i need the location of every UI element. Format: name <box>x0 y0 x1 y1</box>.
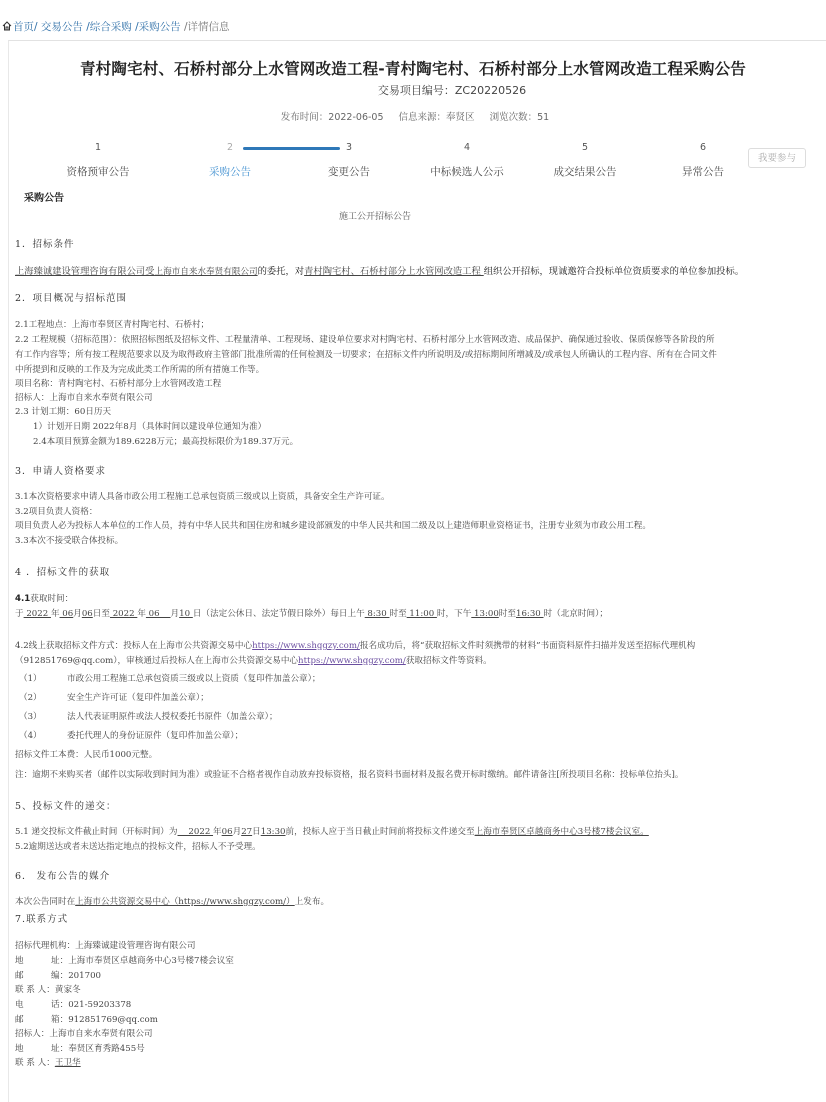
material-item: （3）法人代表证明原件或法人授权委托书原件（加盖公章）； <box>15 710 278 722</box>
step-label: 成交结果公告 <box>525 164 645 179</box>
date-value: 2022 <box>24 609 51 619</box>
s3-line-2: 3.2项目负责人资格： <box>15 505 97 517</box>
contact-label: 地 <box>15 954 51 966</box>
contact-label: 联 系 人： <box>15 985 55 995</box>
s3-line-4: 3.3本次不接受联合体投标。 <box>15 534 123 546</box>
text: 4.1 <box>15 594 30 604</box>
contact-label: 箱： <box>51 1015 68 1025</box>
s2-duration: 2.3 计划工期：60日历天 <box>15 405 111 417</box>
publish-time: 发布时间：2022-06-05 <box>281 112 384 123</box>
item-number: （1） <box>15 672 67 684</box>
s3-line-3: 项目负责人必为投标人本单位的工作人员，持有中华人民共和国住房和城乡建设部颁发的中… <box>15 519 651 531</box>
s4-time-range: 于 2022 年 06月06日至 2022 年 06 月10 日（法定公休日、法… <box>15 607 608 619</box>
step-label: 异常公告 <box>643 164 763 179</box>
step-change-notice[interactable]: 3变更公告 <box>289 141 409 179</box>
breadcrumb-current: /详情信息 <box>181 21 230 33</box>
agency-name: 上海臻诚建设管理咨询有限公司受 <box>15 266 154 277</box>
step-number: 3 <box>289 141 409 155</box>
section-5-heading: 5、投标文件的递交： <box>15 798 117 812</box>
text: 本次公告同时在 <box>15 897 75 907</box>
s5-line-2: 5.2逾期送达或者未送达指定地点的投标文件，招标人不予受理。 <box>15 840 261 852</box>
text: 时（北京时间）； <box>544 609 608 619</box>
text: 月 <box>233 827 242 837</box>
material-item: （1）市政公用工程施工总承包资质三级或以上资质（复印件加盖公章）； <box>15 672 321 684</box>
s6-line: 本次公告同时在上海市公共资源交易中心（https://www.shggzy.co… <box>15 895 329 907</box>
step-number: 1 <box>38 141 158 155</box>
item-text: 法人代表证明原件或法人授权委托书原件（加盖公章）； <box>67 712 278 722</box>
text: 时，下午 <box>437 609 471 619</box>
step-candidate-publicity[interactable]: 4中标候选人公示 <box>407 141 527 179</box>
section-2-heading: 2．项目概况与招标范围 <box>15 290 127 304</box>
step-label: 资格预审公告 <box>38 164 158 179</box>
contact-label: 编： <box>51 971 68 981</box>
meta-info: 发布时间：2022-06-05 信息来源：奉贤区 浏览次数：51 <box>0 109 826 123</box>
item-number: （4） <box>15 729 67 741</box>
text: 年 <box>51 609 60 619</box>
submission-place: 上海市奉贤区卓越商务中心3号楼7楼会议室。 <box>475 827 649 837</box>
s3-line-1: 3.1本次资格要求申请人具备市政公用工程施工总承包资质三级或以上资质，具备安全生… <box>15 490 390 502</box>
text: 年 <box>213 827 222 837</box>
text: 4.2线上获取招标文件方式：投标人在上海市公共资源交易中心 <box>15 641 252 651</box>
contact-row: 联 系 人：王卫华 <box>15 1056 81 1068</box>
contact-label: 址： <box>51 1044 68 1054</box>
item-text: 安全生产许可证（复印件加盖公章）； <box>67 693 209 703</box>
shggzy-link[interactable]: https://www.shggzy.com/ <box>298 656 406 666</box>
date-value: 06 <box>82 609 93 619</box>
step-number: 6 <box>643 141 763 155</box>
time-value: 13:30 <box>261 827 286 837</box>
item-number: （2） <box>15 691 67 703</box>
s2-line-1: 2.1工程地点：上海市奉贤区青村陶宅村、石桥村； <box>15 318 209 330</box>
s2-project-name: 项目名称：青村陶宅村、石桥村部分上水管网改造工程 <box>15 377 221 389</box>
text: 获取招标文件等资料。 <box>406 656 492 666</box>
text: 年 <box>137 609 146 619</box>
contact-label: 址： <box>51 956 68 966</box>
project-number: 交易项目编号：ZC20220526 <box>0 82 826 98</box>
s2-line-2: 2.2 工程规模（招标范围）：依照招标图纸及招标文件、工程量清单、工程现场、建设… <box>15 333 715 345</box>
contact-agency: 招标代理机构：上海臻诚建设管理咨询有限公司 <box>15 939 195 951</box>
contact-label: 邮 <box>15 969 51 981</box>
section-7-heading: 7.联系方式 <box>15 911 68 925</box>
tenderer-link[interactable]: 上海市自来水奉贤有限公司 <box>154 267 257 277</box>
material-item: （2）安全生产许可证（复印件加盖公章）； <box>15 691 209 703</box>
section-4-heading: 4 ．招标文件的获取 <box>15 564 110 578</box>
text: 报名成功后，将“获取招标文件时须携带的材料”书面资料原件扫描并发送至招标代理机构 <box>360 641 695 651</box>
step-prequalification[interactable]: 1资格预审公告 <box>38 141 158 179</box>
text: 前，投标人应于当日截止时间前将投标文件递交至 <box>286 827 475 837</box>
contact-row: 地址：上海市奉贤区卓越商务中心3号楼7楼会议室 <box>15 954 234 966</box>
text: 组织公开招标，现诚邀符合投标单位资质要求的单位参加投标。 <box>484 266 744 277</box>
project-link[interactable]: 青村陶宅村、石桥村部分上水管网改造工程 <box>304 266 484 277</box>
text: 日至 <box>93 609 110 619</box>
section-1-paragraph: 上海臻诚建设管理咨询有限公司受上海市自来水奉贤有限公司的委托，对青村陶宅村、石桥… <box>15 263 744 277</box>
contact-value: 王卫华 <box>55 1058 81 1068</box>
section-1-heading: 1．招标条件 <box>15 236 75 250</box>
time-value: 11:00 <box>407 609 437 619</box>
shggzy-media-link[interactable]: 上海市公共资源交易中心（https://www.shggzy.com/） <box>75 897 295 907</box>
contact-tenderer: 招标人：上海市自来水奉贤有限公司 <box>15 1027 153 1039</box>
contact-label: 联 系 人： <box>15 1058 55 1068</box>
time-value: 16:30 <box>516 609 544 619</box>
step-label: 采购公告 <box>170 164 290 179</box>
project-number-label: 交易项目编号： <box>378 84 455 97</box>
date-value: 06 <box>60 609 74 619</box>
contact-row: 电话：021-59203378 <box>15 998 131 1010</box>
contact-row: 联 系 人：黄家冬 <box>15 983 81 995</box>
section-tag: 采购公告 <box>24 189 64 204</box>
date-value: 06 <box>146 609 171 619</box>
s4-note: 注：逾期不来购买者（邮件以实际收到时间为准）或验证不合格者视作自动放弃投标资格，… <box>15 768 683 780</box>
date-value: 10 <box>179 609 193 619</box>
contact-row: 地址：奉贤区育秀路455号 <box>15 1042 145 1054</box>
time-value: 13:00 <box>471 609 499 619</box>
breadcrumb-trade-notice[interactable]: 交易公告 <box>38 21 83 33</box>
s4-fee: 招标文件工本费：人民币1000元整。 <box>15 748 157 760</box>
contact-value: 黄家冬 <box>55 985 81 995</box>
item-number: （3） <box>15 710 67 722</box>
step-label: 变更公告 <box>289 164 409 179</box>
step-number: 4 <box>407 141 527 155</box>
date-value: 2022 <box>178 827 214 837</box>
join-button[interactable]: 我要参与 <box>748 148 806 168</box>
step-result-notice[interactable]: 5成交结果公告 <box>525 141 645 179</box>
text: 月 <box>171 609 180 619</box>
contact-value: 021-59203378 <box>68 1000 131 1010</box>
step-number: 2 <box>170 141 290 155</box>
date-value: 06 <box>222 827 233 837</box>
text: 于 <box>15 609 24 619</box>
s2-line-4: 中所提到和反映的工作及为完成此类工作所需的所有措施工作等。 <box>15 363 264 375</box>
text: 上发布。 <box>295 897 329 907</box>
text: 月 <box>73 609 82 619</box>
text: 日（法定公休日、法定节假日除外）每日上午 <box>193 609 365 619</box>
s2-tenderer: 招标人：上海市自来水奉贤有限公司 <box>15 391 153 403</box>
contact-value: 奉贤区育秀路455号 <box>68 1044 145 1054</box>
contact-row: 邮编：201700 <box>15 969 101 981</box>
date-value: 27 <box>241 827 252 837</box>
contact-label: 邮 <box>15 1013 51 1025</box>
step-exception-notice[interactable]: 6异常公告 <box>643 141 763 179</box>
contact-value: 912851769@qq.com <box>68 1015 158 1025</box>
time-value: 8:30 <box>365 609 390 619</box>
doc-subtitle: 施工公开招标公告 <box>15 209 735 222</box>
contact-label: 地 <box>15 1042 51 1054</box>
contact-label: 话： <box>51 1000 68 1010</box>
date-value: 2022 <box>110 609 137 619</box>
contact-value: 上海市奉贤区卓越商务中心3号楼7楼会议室 <box>68 956 234 966</box>
page-title: 青村陶宅村、石桥村部分上水管网改造工程-青村陶宅村、石桥村部分上水管网改造工程采… <box>0 57 826 79</box>
home-icon[interactable] <box>2 21 12 31</box>
text: 的委托，对 <box>258 266 305 277</box>
info-source: 信息来源：奉贤区 <box>399 112 475 123</box>
s2-line-3: 有工作内容等；所有按工程规范要求以及为取得政府主管部门批准所需的任何检测及一切要… <box>15 348 717 360</box>
step-number: 5 <box>525 141 645 155</box>
s5-line-1: 5.1 递交投标文件截止时间（开标时间）为 2022 年06月27日13:30前… <box>15 825 649 837</box>
text: （912851769@qq.com），审核通过后投标人在上海市公共资源交易中心 <box>15 656 298 666</box>
item-text: 委托代理人的身份证原件（复印件加盖公章）； <box>67 731 243 741</box>
s4-online-line-2: （912851769@qq.com），审核通过后投标人在上海市公共资源交易中心h… <box>15 654 492 666</box>
text: 日 <box>252 827 261 837</box>
contact-value: 201700 <box>68 971 101 981</box>
process-steps: 1资格预审公告 2采购公告 3变更公告 4中标候选人公示 5成交结果公告 6异常… <box>0 141 826 181</box>
material-item: （4）委托代理人的身份证原件（复印件加盖公章）； <box>15 729 243 741</box>
text: 时至 <box>499 609 516 619</box>
item-text: 市政公用工程施工总承包资质三级或以上资质（复印件加盖公章）； <box>67 674 321 684</box>
s2-start-date: 1）计划开日期 2022年8月（具体时间以建设单位通知为准） <box>15 420 266 432</box>
breadcrumb-general-procurement[interactable]: /综合采购 <box>83 21 132 33</box>
text: 时至 <box>389 609 406 619</box>
text: 5.1 递交投标文件截止时间（开标时间）为 <box>15 827 178 837</box>
shggzy-link[interactable]: https://www.shggzy.com/ <box>252 641 360 651</box>
breadcrumb-procurement-notice[interactable]: /采购公告 <box>132 21 181 33</box>
s4-online-line-1: 4.2线上获取招标文件方式：投标人在上海市公共资源交易中心https://www… <box>15 639 695 651</box>
section-3-heading: 3．申请人资格要求 <box>15 463 106 477</box>
breadcrumb: 首页/ 交易公告 /综合采购 /采购公告 /详情信息 <box>2 19 230 34</box>
project-number-value: ZC20220526 <box>455 84 526 97</box>
s2-budget: 2.4本项目预算金额为189.6228万元；最高投标限价为189.37万元。 <box>15 435 298 447</box>
s4-time-label: 4.1获取时间： <box>15 592 73 604</box>
view-count: 浏览次数：51 <box>490 112 550 123</box>
text: 获取时间： <box>30 594 73 604</box>
contact-row: 邮箱：912851769@qq.com <box>15 1013 158 1025</box>
step-procurement-notice[interactable]: 2采购公告 <box>170 141 290 179</box>
contact-label: 电 <box>15 998 51 1010</box>
breadcrumb-home[interactable]: 首页/ <box>13 21 38 33</box>
section-6-heading: 6． 发布公告的媒介 <box>15 868 110 882</box>
step-label: 中标候选人公示 <box>407 164 527 179</box>
